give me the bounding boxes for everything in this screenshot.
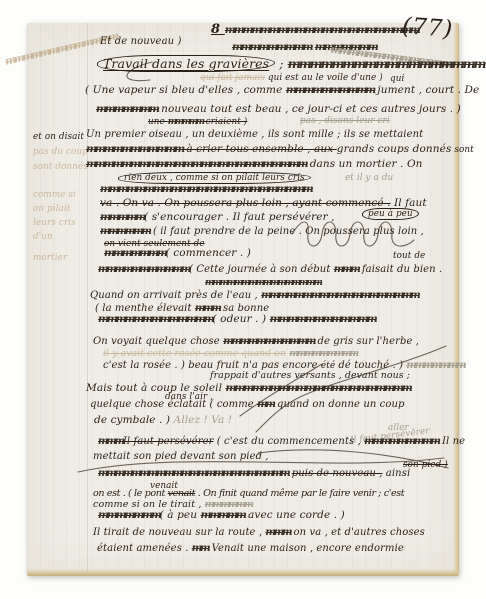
handwritten-text: ( il faut prendre de la peine . On pouss… bbox=[150, 226, 424, 237]
ink-scribble: mmmmmmm bbox=[104, 247, 166, 259]
handwritten-text: Il faut persévérer bbox=[123, 436, 214, 447]
manuscript-line: étaient amenées . mm Venait une maison ,… bbox=[97, 543, 404, 554]
manuscript-line: mmmmmm ( il faut prendre de la peine . O… bbox=[100, 226, 424, 237]
manuscript-line: mmmmmmm( commencer . ) bbox=[104, 248, 251, 260]
handwritten-text: grands coups donnés bbox=[337, 143, 452, 155]
ink-scribble: mmmmmmmmmmmmmmmmmmmmmm bbox=[225, 24, 419, 36]
handwritten-text: mortier bbox=[33, 253, 67, 263]
handwritten-text: ( commencer . ) bbox=[166, 247, 251, 259]
ink-scribble: mmmmmmmmmmmmmmmmmmmmmmmm bbox=[100, 183, 311, 195]
handwritten-text: peu à peu bbox=[362, 208, 419, 220]
handwritten-text: Et de nouveau ) bbox=[100, 36, 181, 47]
handwritten-text: qui bbox=[390, 74, 404, 84]
section-title: Travail dans les gravières ; mmmmmmmmmmm… bbox=[97, 57, 484, 71]
manuscript-line: Un premier oiseau , un deuxième , ils so… bbox=[86, 129, 423, 140]
margin-note: sont donnés bbox=[33, 161, 88, 173]
margin-note: et on disait bbox=[33, 131, 84, 143]
handwritten-text: sont donnés bbox=[33, 162, 88, 172]
handwritten-text: 8 bbox=[211, 22, 225, 37]
manuscript-line: il y avait cette rosée comme quand on mm… bbox=[103, 349, 357, 359]
manuscript-line: Quand on arrivait près de l'eau , mmmmmm… bbox=[90, 290, 418, 301]
handwritten-text: qui est au bbox=[265, 73, 316, 83]
manuscript-line: frappait d'autres versants , devant nous… bbox=[210, 371, 410, 381]
manuscript-line: mmmmmmmmmmm( Cette journée à son début m… bbox=[98, 264, 442, 275]
handwritten-text: Il tirait de nouveau sur la route , bbox=[93, 527, 265, 538]
handwritten-text: Un premier oiseau , un deuxième , ils so… bbox=[86, 129, 423, 140]
ink-scribble: mmmmmmmmm bbox=[232, 41, 311, 53]
ink-scribble: mmmmmmm bbox=[96, 103, 158, 115]
manuscript-line: mettait son pied devant son pied , bbox=[93, 451, 269, 462]
handwritten-text: comme si bbox=[33, 190, 76, 200]
manuscript-line: qui fait jamais qui est au le voile d'un… bbox=[200, 74, 383, 84]
handwritten-text: on pilait bbox=[33, 204, 71, 214]
manuscript-line: Il tirait de nouveau sur la route , mmm … bbox=[93, 527, 425, 538]
manuscript-line: Mais tout à coup le soleil mmmmmmmmmmmmm… bbox=[86, 383, 411, 395]
ink-scribble: mmm bbox=[98, 436, 123, 447]
handwritten-text: ( Une vapeur si bleu d'elles , comme bbox=[85, 84, 286, 96]
handwritten-text: de cymbale . ) bbox=[94, 414, 174, 426]
handwritten-text: avec une corde . ) bbox=[245, 509, 345, 521]
manuscript-line: mmmmmmmmmmmmmmmmmmmmmmmm bbox=[100, 184, 311, 196]
handwritten-text: étaient amenées . bbox=[97, 543, 192, 554]
margin-note: mortier bbox=[33, 252, 67, 264]
handwritten-text: ( Cette journée à son début bbox=[189, 264, 334, 275]
handwritten-text: puis de nouveau , bbox=[292, 468, 383, 479]
handwritten-text: faisait du bien . bbox=[359, 264, 443, 275]
pencil-note: et il y a du bbox=[345, 174, 393, 184]
page-number: (77) bbox=[401, 14, 454, 43]
handwritten-text: On voyait quelque chose bbox=[93, 336, 223, 347]
page-edge-bottom bbox=[27, 569, 459, 576]
ink-scribble: mmmmmmmmmmmmm bbox=[98, 313, 213, 325]
handwritten-text: jument , court . De bbox=[374, 84, 479, 96]
ink-scribble: mmmmmmmmmmm bbox=[86, 143, 183, 155]
fold-crease bbox=[87, 23, 88, 576]
handwritten-text: pas du coup bbox=[33, 147, 88, 157]
ink-scribble: mm bbox=[192, 543, 209, 554]
handwritten-text: va . On va . On poussera plus loin , aya… bbox=[100, 197, 391, 209]
handwritten-text: . On finit quand même par le faire venir… bbox=[195, 488, 404, 499]
handwritten-text: d'un bbox=[33, 232, 53, 242]
margin-note: d'un bbox=[33, 231, 53, 243]
handwritten-text: Allez ! Va ! bbox=[174, 414, 233, 426]
manuscript-line: quelque chose éclatait ( comme mm quand … bbox=[90, 399, 405, 410]
handwritten-text: on est . ( le pont bbox=[93, 488, 168, 499]
handwritten-text: ( odeur . ) bbox=[213, 313, 270, 325]
ink-scribble: mmm bbox=[334, 264, 359, 275]
handwritten-text: ( s'encourager . Il faut persévérer , bbox=[144, 211, 335, 223]
ink-scribble: mmm bbox=[265, 527, 290, 538]
handwritten-text: frappait d'autres versants , devant nous… bbox=[210, 370, 410, 381]
header-note: Et de nouveau ) bbox=[100, 36, 181, 47]
handwritten-text: Travail dans les gravières bbox=[97, 55, 275, 72]
handwritten-text: sont bbox=[451, 145, 473, 155]
handwritten-text: et il y a du bbox=[345, 173, 393, 183]
pencil-scribble: mmmmmmmmm bbox=[289, 348, 357, 359]
manuscript-scan: mmmmmmmmmmmmmEt de nouveau )8 mmmmmmmmmm… bbox=[0, 0, 486, 599]
manuscript-line: on est . ( le pont venait . On finit qua… bbox=[93, 489, 404, 500]
handwritten-text: tout de bbox=[393, 251, 425, 261]
handwritten-text: Venait une maison , encore endormie bbox=[208, 543, 404, 554]
ink-scribble: mmmmmmmmmmmmmmmmmmm bbox=[261, 290, 418, 301]
handwritten-text: Quand on arrivait près de l'eau , bbox=[90, 290, 261, 301]
manuscript-line: mmmmm( s'encourager . Il faut persévérer… bbox=[100, 212, 335, 224]
handwritten-text: venait bbox=[168, 488, 196, 499]
ink-scribble: mmmmmmm bbox=[98, 509, 160, 521]
margin-note: pas du coup bbox=[33, 146, 88, 158]
manuscript-line: mmmmmmmmmmmmmmmmmmmmmmm puis de nouveau … bbox=[98, 468, 410, 479]
manuscript-line: ( Une vapeur si bleu d'elles , comme mmm… bbox=[85, 85, 479, 97]
handwritten-text: Il ne bbox=[439, 436, 465, 447]
ink-scribble: mmmmmmmmmmmm bbox=[270, 313, 376, 325]
handwritten-text: quelque chose éclatait ( comme bbox=[90, 399, 257, 410]
handwritten-text: qui fait jamais bbox=[200, 73, 265, 83]
ink-scribble: mmmmmmmmmmmmmmmm bbox=[205, 278, 321, 288]
handwritten-text: une bbox=[148, 117, 168, 127]
ink-scribble: mm bbox=[257, 399, 274, 410]
handwritten-text: il y avait cette rosée comme quand on bbox=[103, 348, 286, 359]
handwritten-text: quand on donne un coup bbox=[274, 399, 405, 410]
margin-note: comme si bbox=[33, 189, 76, 201]
manuscript-line: tout de bbox=[393, 252, 425, 262]
margin-note: leurs cris bbox=[33, 217, 76, 229]
manuscript-line: de cymbale . ) Allez ! Va ! bbox=[94, 415, 232, 427]
manuscript-line: mmmIl faut persévérer ( c'est du commenc… bbox=[98, 436, 465, 447]
manuscript-line: mmmmmmm nouveau tout est beau , ce jour-… bbox=[96, 104, 461, 116]
manuscript-line: mmmmmmmmmmmmmmmmmmmmmmmmm dans un mortie… bbox=[86, 159, 423, 171]
ink-scribble: mmmmmmmmmmm bbox=[223, 336, 314, 347]
header-numeral: 8 mmmmmmmmmmmmmmmmmmmmmm bbox=[211, 23, 419, 37]
ink-scribble: mmmmmmmmmmm bbox=[98, 264, 189, 275]
handwritten-text: ( c'est du commencements , bbox=[213, 436, 364, 447]
handwritten-text: nouveau tout est beau , ce jour-ci et ce… bbox=[158, 103, 461, 115]
manuscript-line: mmmmmmmmmmmmm( odeur . ) mmmmmmmmmmmm bbox=[98, 314, 375, 326]
pencil-scribble: mmmmmmm bbox=[406, 360, 464, 371]
handwritten-text: le voile d'une ) bbox=[316, 73, 383, 83]
manuscript-line: On voyait quelque chose mmmmmmmmmmm de g… bbox=[93, 336, 419, 347]
handwritten-text: pas , disons leur cri bbox=[300, 116, 390, 126]
handwritten-text: on va , et d'autres choses bbox=[290, 527, 425, 538]
handwritten-text: de gris sur l'herbe , bbox=[314, 336, 419, 347]
handwritten-text: à crier tous ensemble , aux bbox=[183, 143, 337, 155]
manuscript-line: mmmmmmm( à peu mmmmm avec une corde . ) bbox=[98, 510, 345, 522]
handwritten-text: (77) bbox=[401, 13, 454, 43]
handwritten-text: leurs cris bbox=[33, 218, 76, 228]
ink-scribble: mmmmmmmmmmmmmmmmmm bbox=[288, 56, 485, 71]
manuscript-line: une mmmmm criaient ) bbox=[148, 118, 247, 128]
margin-note: on pilait bbox=[33, 203, 71, 215]
pencil-note: pas , disons leur cri bbox=[300, 117, 390, 127]
ink-scribble: mmmmmmmmmmmmmmmmmmmmmmmmm bbox=[86, 158, 306, 170]
manuscript-line: peu à peu bbox=[362, 210, 419, 220]
handwritten-text: mettait son pied devant son pied , bbox=[93, 451, 269, 462]
ink-scribble: mmmmmmmmmm bbox=[286, 84, 374, 96]
handwritten-text: et on disait bbox=[33, 132, 84, 142]
ink-scribble: mmmmmmmmm bbox=[364, 436, 439, 447]
handwritten-text: ainsi bbox=[383, 468, 411, 479]
handwritten-text: ; bbox=[275, 56, 287, 71]
ink-scribble: mmmmmmmmmmmmmmmmmmmmmmm bbox=[98, 468, 288, 479]
ink-scribble: mmmmm bbox=[168, 117, 203, 127]
ink-scribble: mmmmm bbox=[201, 509, 245, 521]
manuscript-line: mmmmmmmmmmm à crier tous ensemble , aux … bbox=[86, 144, 474, 156]
ink-scribble: mmmmmm bbox=[100, 226, 150, 237]
manuscript-line: mmmmmmmmmmmmmmmm bbox=[205, 279, 321, 289]
handwritten-text: dans un mortier . On bbox=[306, 158, 422, 170]
ink-scribble: mmmmmmmmmmmmmmmmmmmmm bbox=[226, 382, 411, 394]
handwritten-text: criaient ) bbox=[203, 117, 248, 127]
ink-scribble: mmmmm bbox=[100, 211, 144, 223]
handwritten-text: ( à peu bbox=[160, 509, 201, 521]
